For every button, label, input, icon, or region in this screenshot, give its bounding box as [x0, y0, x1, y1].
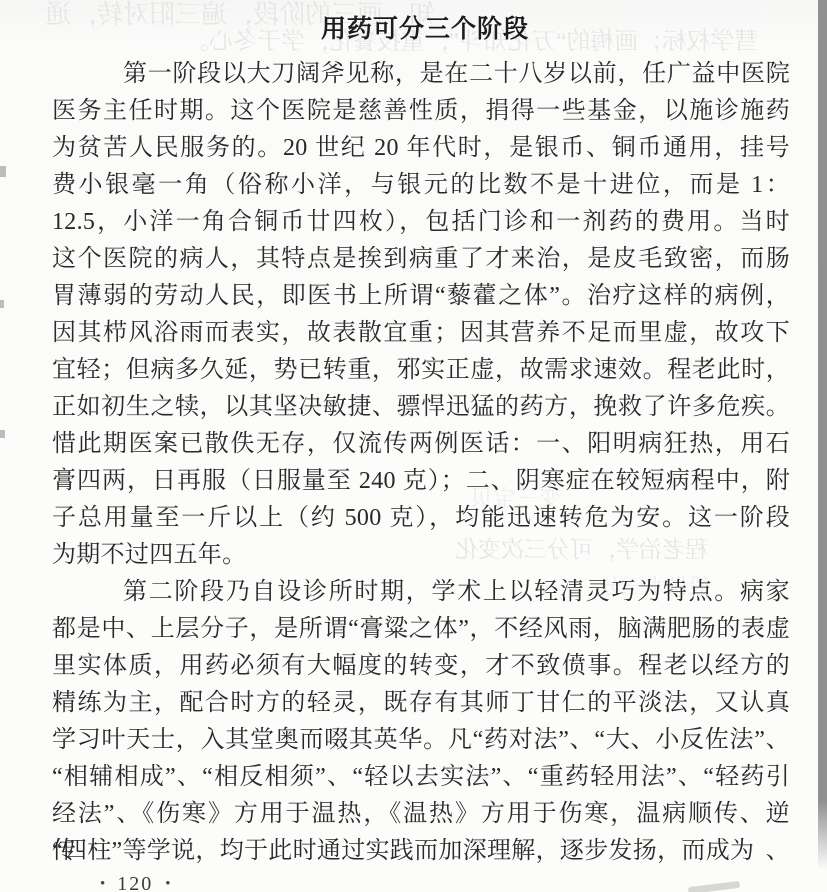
- text-line: 12.5，小洋一角合铜币廿四枚），包括门诊和一剂药的费用。当时: [52, 204, 790, 241]
- text-line: 惜此期医案已散佚无存，仅流传两例医话：一、阳明病狂热，用石: [52, 426, 790, 463]
- text-line: 这个医院的病人，其特点是挨到病重了才来治，是皮毛致密，而肠: [52, 241, 790, 278]
- footer-page-number: 120: [117, 873, 153, 892]
- text-line: 为期不过四五年。: [52, 537, 790, 574]
- text-line: 第一阶段以大刀阔斧见称，是在二十八岁以前，任广益中医院: [52, 56, 790, 93]
- scan-edge-shadow: [818, 0, 827, 870]
- text-line: 学习叶天士，入其堂奥而啜其英华。凡“药对法”、“大、小反佐法”、: [52, 722, 790, 759]
- text-line: 费小银毫一角（俗称小洋，与银元的比数不是十进位，而是 1：: [52, 167, 790, 204]
- text-line: 经法”、《伤寒》方用于温热，《温热》方用于伤寒，温病顺传、逆传、: [52, 796, 790, 833]
- footer-bullet-right: •: [165, 876, 170, 892]
- text-line: 第二阶段乃自设诊所时期，学术上以轻清灵巧为特点。病家: [52, 574, 790, 611]
- page-title: 用药可分三个阶段: [23, 9, 827, 45]
- text-line: 为贫苦人民服务的。20 世纪 20 年代时，是银币、铜币通用，挂号: [52, 130, 790, 167]
- body-text: 第一阶段以大刀阔斧见称，是在二十八岁以前，任广益中医院医务主任时期。这个医院是慈…: [52, 56, 790, 870]
- text-line: 医务主任时期。这个医院是慈善性质，捐得一些基金，以施诊施药: [52, 93, 790, 130]
- text-line: 膏四两，日再服（日服量至 240 克）；二、阴寒症在较短病程中，附: [52, 463, 790, 500]
- text-line: “相辅相成”、“相反相须”、“轻以去实法”、“重药轻用法”、“轻药引: [52, 759, 790, 796]
- text-line: 正如初生之犊，以其坚决敏捷、骠悍迅猛的药方，挽救了许多危疾。: [52, 389, 790, 426]
- text-line: 因其栉风浴雨而表实，故表散宜重；因其营养不足而里虚，故攻下: [52, 315, 790, 352]
- scan-smudge: [688, 881, 740, 892]
- scan-speck: [0, 300, 4, 308]
- book-page: 知，画三的阶段，遍三阳对转，通彗学权标；画梅的“万化知斗”，重技餐化，学于冬心。…: [0, 0, 827, 892]
- text-line: 宜轻；但病多久延，势已转重，邪实正虚，故需求速效。程老此时，: [52, 352, 790, 389]
- page-number: •120•: [100, 873, 171, 892]
- text-line: 里实体质，用药必须有大幅度的转变，才不致偾事。程老以经方的: [52, 648, 790, 685]
- scan-speck: [0, 166, 6, 177]
- scan-speck: [0, 430, 5, 438]
- footer-bullet-left: •: [100, 876, 105, 892]
- text-line: 子总用量至一斤以上（约 500 克），均能迅速转危为安。这一阶段: [52, 500, 790, 537]
- text-line: 精练为主，配合时方的轻灵，既存有其师丁甘仁的平淡法，又认真: [52, 685, 790, 722]
- text-line: 都是中、上层分子，是所谓“膏粱之体”，不经风雨，脑满肥肠的表虚: [52, 611, 790, 648]
- text-line: “四柱”等学说，均于此时通过实践而加深理解，逐步发扬，而成为: [52, 833, 790, 870]
- text-line: 胃薄弱的劳动人民，即医书上所谓“藜藿之体”。治疗这样的病例，: [52, 278, 790, 315]
